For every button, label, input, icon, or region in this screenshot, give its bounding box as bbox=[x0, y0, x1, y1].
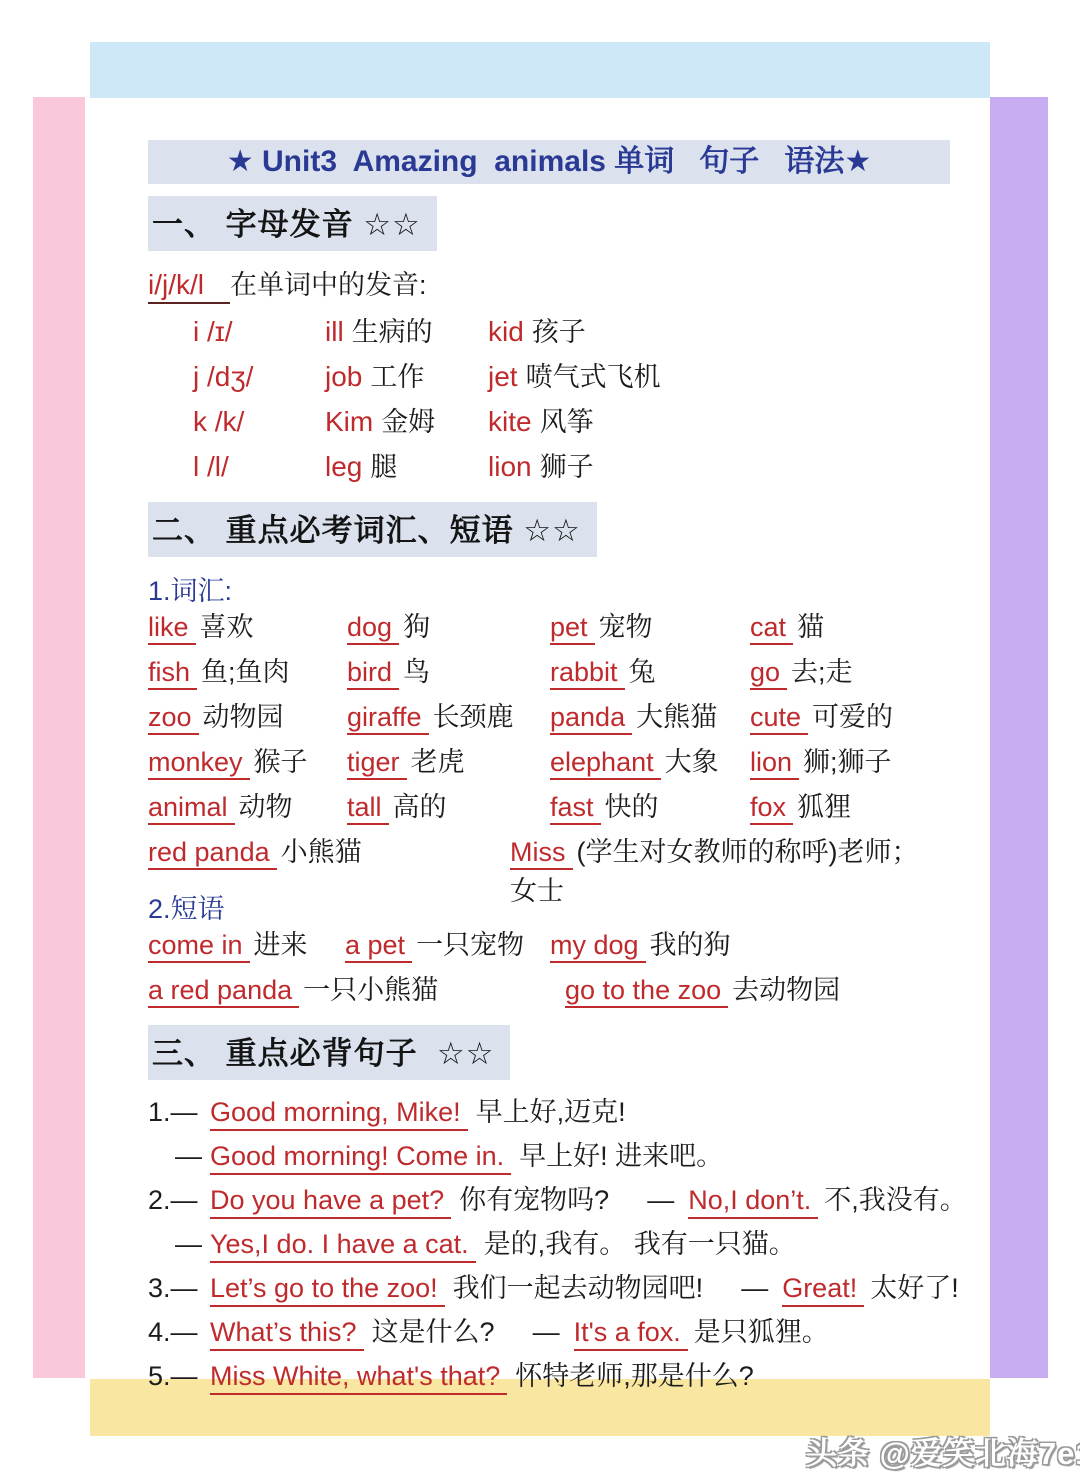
phrase-text: a pet bbox=[345, 930, 412, 963]
vocab-word: giraffe bbox=[347, 702, 429, 735]
phrase-table: come in进来 a pet一只宠物 my dog我的狗 a red pand… bbox=[148, 923, 950, 1013]
vocab-cell: fish鱼;鱼肉 bbox=[148, 650, 347, 689]
phonics-meaning: 金姆 bbox=[381, 407, 435, 437]
vocab-cell: pet宠物 bbox=[550, 605, 750, 644]
vocab-cell: rabbit兔 bbox=[550, 650, 750, 689]
phonics-letter: i /ɪ/ bbox=[193, 316, 325, 348]
phonics-meaning: 孩子 bbox=[532, 317, 586, 347]
vocab-cell: cute可爱的 bbox=[750, 695, 950, 734]
vocab-meaning: 老虎 bbox=[411, 747, 465, 777]
left-border-strip bbox=[33, 97, 85, 1378]
vocab-word: fox bbox=[750, 792, 793, 825]
vocab-row: animal动物 tall高的 fast快的 fox狐狸 bbox=[148, 785, 950, 830]
phonics-word: kite bbox=[488, 406, 532, 437]
phonics-row: j /dʒ/ job工作 jet喷气式飞机 bbox=[148, 355, 950, 400]
vocab-meaning: 高的 bbox=[393, 792, 447, 822]
phrase-cell: go to the zoo去动物园 bbox=[565, 968, 950, 1007]
page-title: ★ Unit3 Amazing animals 单词 句子 语法★ bbox=[148, 140, 950, 184]
vocab-word: animal bbox=[148, 792, 235, 825]
phonics-pair: lion狮子 bbox=[488, 445, 950, 484]
section1-intro: i/j/k/l在单词中的发音: bbox=[148, 263, 950, 302]
phonics-meaning: 狮子 bbox=[540, 452, 594, 482]
phonics-letter: l /l/ bbox=[193, 451, 325, 483]
vocab-meaning: 大象 bbox=[665, 747, 719, 777]
phrase-cell: come in进来 bbox=[148, 923, 345, 962]
sentence-dash: — bbox=[647, 1185, 674, 1216]
phonics-letter: j /dʒ/ bbox=[193, 361, 325, 393]
vocab-cell: dog狗 bbox=[347, 605, 550, 644]
vocab-cell: tiger老虎 bbox=[347, 740, 550, 779]
intro-text: 在单词中的发音: bbox=[230, 270, 427, 300]
vocab-word: go bbox=[750, 657, 787, 690]
phonics-meaning: 腿 bbox=[370, 452, 397, 482]
vocab-meaning: 兔 bbox=[629, 657, 656, 687]
phrase-row: a red panda一只小熊猫 go to the zoo去动物园 bbox=[148, 968, 950, 1013]
sentence-dash: — bbox=[741, 1273, 768, 1304]
sentence-english-2: It's a fox. bbox=[574, 1317, 688, 1351]
sentence-number: — bbox=[148, 1229, 210, 1260]
vocab-cell: giraffe长颈鹿 bbox=[347, 695, 550, 734]
sentence-chinese: 这是什么? bbox=[372, 1310, 495, 1349]
phonics-pair: job工作 bbox=[325, 355, 488, 394]
phrase-meaning: 去动物园 bbox=[732, 975, 840, 1005]
vocab-row: like喜欢 dog狗 pet宠物 cat猫 bbox=[148, 605, 950, 650]
right-border-strip bbox=[990, 97, 1048, 1378]
sentence-chinese-2: 太好了! bbox=[870, 1266, 959, 1305]
vocab-word: red panda bbox=[148, 837, 277, 870]
vocab-meaning: 大熊猫 bbox=[636, 702, 717, 732]
phrase-text: my dog bbox=[550, 930, 646, 963]
phonics-meaning: 生病的 bbox=[352, 317, 433, 347]
phonics-row: l /l/ leg腿 lion狮子 bbox=[148, 445, 950, 490]
vocab-word: bird bbox=[347, 657, 399, 690]
vocab-cell: lion狮;狮子 bbox=[750, 740, 950, 779]
vocab-meaning: 喜欢 bbox=[200, 612, 254, 642]
phrase-meaning: 一只小熊猫 bbox=[303, 975, 438, 1005]
sentence-english: Good morning! Come in. bbox=[210, 1141, 511, 1175]
sentence-number: — bbox=[148, 1141, 210, 1172]
vocab-word: cute bbox=[750, 702, 808, 735]
phonics-meaning: 工作 bbox=[370, 362, 424, 392]
sentence-english-2: No,I don’t. bbox=[688, 1185, 818, 1219]
vocab-cell: go去;走 bbox=[750, 650, 950, 689]
sentence-row: 5.— Miss White, what's that? 怀特老师,那是什么? bbox=[148, 1354, 950, 1398]
phonics-table: i /ɪ/ ill生病的 kid孩子 j /dʒ/ job工作 jet喷气式飞机… bbox=[148, 310, 950, 490]
sentence-row: — Good morning! Come in. 早上好! 进来吧。 bbox=[148, 1134, 950, 1178]
vocab-label: 1.词汇: bbox=[148, 569, 950, 605]
vocab-cell: zoo动物园 bbox=[148, 695, 347, 734]
phrase-cell: a pet一只宠物 bbox=[345, 923, 550, 962]
sentence-english: Let’s go to the zoo! bbox=[210, 1273, 445, 1307]
phrase-meaning: 进来 bbox=[254, 930, 308, 960]
vocab-word: fish bbox=[148, 657, 197, 690]
vocab-cell: fox狐狸 bbox=[750, 785, 950, 824]
vocab-row: red panda小熊猫 Miss(学生对女教师的称呼)老师； 女士 bbox=[148, 830, 950, 875]
vocab-meaning: 狮;狮子 bbox=[803, 747, 892, 777]
sentence-row: 2.— Do you have a pet? 你有宠物吗? — No,I don… bbox=[148, 1178, 950, 1222]
phrase-meaning: 一只宠物 bbox=[416, 930, 524, 960]
sentence-number: 2.— bbox=[148, 1185, 210, 1216]
vocab-word: cat bbox=[750, 612, 793, 645]
vocab-meaning: 猫 bbox=[797, 612, 824, 642]
vocab-row: monkey猴子 tiger老虎 elephant大象 lion狮;狮子 bbox=[148, 740, 950, 785]
sentence-dash: — bbox=[533, 1317, 560, 1348]
sentence-english: Yes,I do. I have a cat. bbox=[210, 1229, 476, 1263]
vocab-word: lion bbox=[750, 747, 799, 780]
phrase-cell: my dog我的狗 bbox=[550, 923, 950, 962]
sentence-row: 1.— Good morning, Mike! 早上好,迈克! bbox=[148, 1090, 950, 1134]
vocab-meaning: 小熊猫 bbox=[281, 837, 362, 867]
vocab-cell: fast快的 bbox=[550, 785, 750, 824]
phonics-row: k /k/ Kim金姆 kite风筝 bbox=[148, 400, 950, 445]
sentence-number: 3.— bbox=[148, 1273, 210, 1304]
vocab-word: like bbox=[148, 612, 196, 645]
vocab-meaning: 狐狸 bbox=[797, 792, 851, 822]
vocab-word: dog bbox=[347, 612, 399, 645]
sentence-number: 4.— bbox=[148, 1317, 210, 1348]
phonics-word: jet bbox=[488, 361, 518, 392]
sentence-chinese: 我们一起去动物园吧! bbox=[453, 1266, 704, 1305]
sentence-row: 4.— What’s this? 这是什么? — It's a fox. 是只狐… bbox=[148, 1310, 950, 1354]
vocab-meaning: 宠物 bbox=[599, 612, 653, 642]
vocab-word: zoo bbox=[148, 702, 199, 735]
phonics-word: job bbox=[325, 361, 362, 392]
vocab-meaning: 动物 bbox=[239, 792, 293, 822]
vocab-cell: bird鸟 bbox=[347, 650, 550, 689]
vocab-meaning: 可爱的 bbox=[812, 702, 893, 732]
vocab-meaning: 狗 bbox=[403, 612, 430, 642]
vocab-cell: Miss(学生对女教师的称呼)老师； 女士 bbox=[510, 830, 950, 908]
sentence-chinese: 早上好! 进来吧。 bbox=[519, 1134, 723, 1173]
document-content: ★ Unit3 Amazing animals 单词 句子 语法★ 一、 字母发… bbox=[148, 140, 950, 1398]
phonics-word: kid bbox=[488, 316, 524, 347]
vocab-meaning: 去;走 bbox=[791, 657, 853, 687]
sentence-chinese-2: 是只狐狸。 bbox=[694, 1310, 829, 1349]
vocab-word: tall bbox=[347, 792, 389, 825]
sentence-english: What’s this? bbox=[210, 1317, 364, 1351]
phrase-text: a red panda bbox=[148, 975, 299, 1008]
phrase-meaning: 我的狗 bbox=[650, 930, 731, 960]
phonics-word: lion bbox=[488, 451, 532, 482]
vocab-word: fast bbox=[550, 792, 601, 825]
vocab-word: tiger bbox=[347, 747, 407, 780]
vocab-cell: elephant大象 bbox=[550, 740, 750, 779]
phonics-pair: leg腿 bbox=[325, 445, 488, 484]
phonics-letter: k /k/ bbox=[193, 406, 325, 438]
vocab-cell: red panda小熊猫 bbox=[148, 830, 510, 869]
sentence-english: Miss White, what's that? bbox=[210, 1361, 507, 1395]
vocab-meaning: 动物园 bbox=[203, 702, 284, 732]
phonics-pair: Kim金姆 bbox=[325, 400, 488, 439]
vocab-word: monkey bbox=[148, 747, 250, 780]
sentence-english: Do you have a pet? bbox=[210, 1185, 451, 1219]
vocab-cell: animal动物 bbox=[148, 785, 347, 824]
vocab-word: elephant bbox=[550, 747, 661, 780]
sentence-number: 1.— bbox=[148, 1097, 210, 1128]
phrase-text: come in bbox=[148, 930, 250, 963]
phonics-pair: ill生病的 bbox=[325, 310, 488, 349]
phonics-pair: jet喷气式飞机 bbox=[488, 355, 950, 394]
phonics-pair: kid孩子 bbox=[488, 310, 950, 349]
intro-letters: i/j/k/l bbox=[148, 269, 230, 304]
sentence-row: — Yes,I do. I have a cat. 是的,我有。 我有一只猫。 bbox=[148, 1222, 950, 1266]
sentence-row: 3.— Let’s go to the zoo! 我们一起去动物园吧! — Gr… bbox=[148, 1266, 950, 1310]
sentence-number: 5.— bbox=[148, 1361, 210, 1392]
phonics-word: leg bbox=[325, 451, 362, 482]
vocab-row: fish鱼;鱼肉 bird鸟 rabbit兔 go去;走 bbox=[148, 650, 950, 695]
sentence-chinese: 怀特老师,那是什么? bbox=[515, 1354, 754, 1393]
vocab-cell: cat猫 bbox=[750, 605, 950, 644]
sentence-chinese-2: 不,我没有。 bbox=[824, 1178, 967, 1217]
vocab-word: rabbit bbox=[550, 657, 625, 690]
watermark: 头条 @爱笑北海7e1 bbox=[806, 1428, 1080, 1473]
vocab-table: like喜欢 dog狗 pet宠物 cat猫 fish鱼;鱼肉 bird鸟 ra… bbox=[148, 605, 950, 875]
vocab-meaning: 鸟 bbox=[403, 657, 430, 687]
phonics-pair: kite风筝 bbox=[488, 400, 950, 439]
vocab-meaning: 快的 bbox=[605, 792, 659, 822]
phonics-word: Kim bbox=[325, 406, 373, 437]
vocab-cell: tall高的 bbox=[347, 785, 550, 824]
vocab-meaning: 长颈鹿 bbox=[433, 702, 514, 732]
phonics-meaning: 风筝 bbox=[540, 407, 594, 437]
sentence-chinese: 你有宠物吗? bbox=[459, 1178, 609, 1217]
section2-heading: 二、 重点必考词汇、短语 ☆☆ bbox=[148, 502, 597, 557]
phonics-row: i /ɪ/ ill生病的 kid孩子 bbox=[148, 310, 950, 355]
sentence-chinese: 是的,我有。 我有一只猫。 bbox=[484, 1222, 796, 1261]
phonics-meaning: 喷气式飞机 bbox=[526, 362, 661, 392]
phrase-row: come in进来 a pet一只宠物 my dog我的狗 bbox=[148, 923, 950, 968]
vocab-word: Miss bbox=[510, 837, 573, 870]
sentence-english: Good morning, Mike! bbox=[210, 1097, 468, 1131]
section3-heading: 三、 重点必背句子 ☆☆ bbox=[148, 1025, 510, 1080]
vocab-cell: monkey猴子 bbox=[148, 740, 347, 779]
sentence-list: 1.— Good morning, Mike! 早上好,迈克! — Good m… bbox=[148, 1090, 950, 1398]
phrase-text: go to the zoo bbox=[565, 975, 728, 1008]
phrase-cell: a red panda一只小熊猫 bbox=[148, 968, 565, 1007]
sentence-english-2: Great! bbox=[782, 1273, 864, 1307]
top-border-strip bbox=[90, 42, 990, 98]
vocab-meaning: 猴子 bbox=[254, 747, 308, 777]
vocab-word: pet bbox=[550, 612, 595, 645]
vocab-meaning: 鱼;鱼肉 bbox=[201, 657, 290, 687]
vocab-row: zoo动物园 giraffe长颈鹿 panda大熊猫 cute可爱的 bbox=[148, 695, 950, 740]
phonics-word: ill bbox=[325, 316, 344, 347]
section1-heading: 一、 字母发音 ☆☆ bbox=[148, 196, 437, 251]
vocab-cell: panda大熊猫 bbox=[550, 695, 750, 734]
vocab-word: panda bbox=[550, 702, 632, 735]
vocab-cell: like喜欢 bbox=[148, 605, 347, 644]
sentence-chinese: 早上好,迈克! bbox=[476, 1090, 626, 1129]
